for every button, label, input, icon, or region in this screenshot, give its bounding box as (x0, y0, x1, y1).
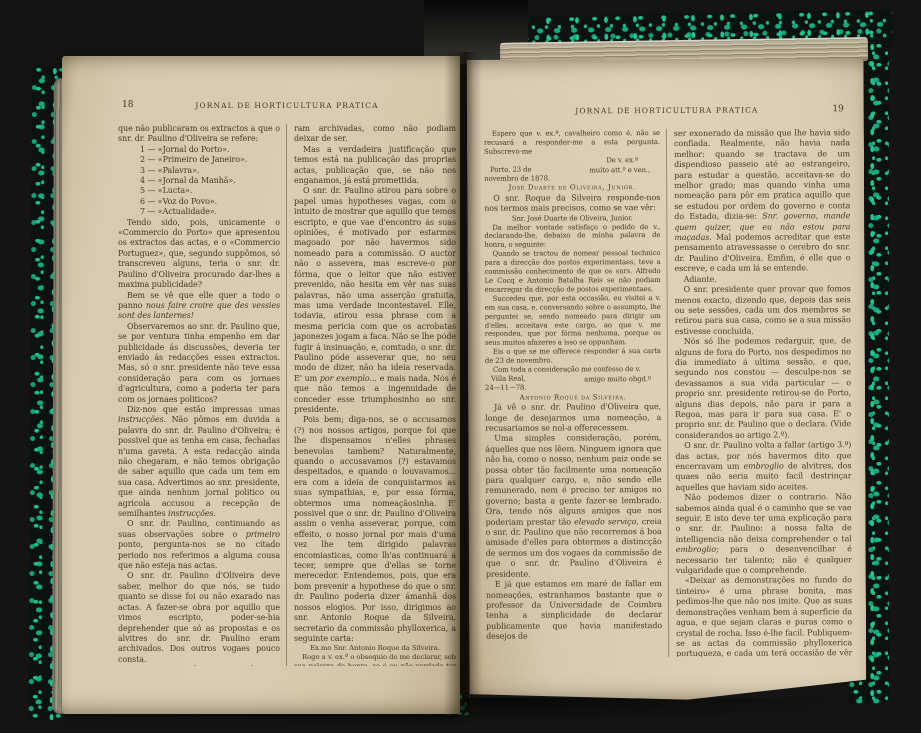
right-page: JORNAL DE HORTICULTURA PRATICA 19 Espero… (467, 58, 867, 702)
page-number: 19 (832, 104, 843, 114)
text-block: 6 — «Voz do Povo». (118, 197, 280, 207)
right-page-columns: Espero que v. ex.ª, cavalheiro como é, n… (484, 128, 852, 658)
text-block: 3 — «Palavra». (118, 166, 280, 176)
text-block: Villa Real,24—11—78.amigo muito obgd.º (485, 374, 661, 393)
text-block: Com toda a consideração me confesso de v… (485, 365, 661, 375)
text-block: O snr. presidente quer provar que fomos … (675, 284, 851, 337)
right-page-column-1: Espero que v. ex.ª, cavalheiro como é, n… (484, 129, 662, 658)
text-block: O snr. Roque da Silveira responde-nos no… (484, 193, 660, 215)
text-block: Já vê o snr. dr. Paulino d'Oliveira que,… (485, 402, 661, 434)
photo-of-open-book: { "journal": { "running_title": "JORNAL … (0, 0, 921, 733)
text-block: Uma simples consideração, porém, áquelle… (485, 433, 662, 579)
text-block: Adiante. (675, 274, 851, 285)
text-block: 1 — «Jornal do Porto». (118, 145, 280, 155)
text-block: «Deixar as demonstrações no fundo do tin… (676, 576, 852, 657)
text-block: O snr. dr. Paulino volta a fallar (artig… (675, 440, 851, 493)
right-page-printed-area: JORNAL DE HORTICULTURA PRATICA 19 Espero… (484, 104, 852, 658)
text-block: Porto, 23 denovembro de 1878.muito att.º… (484, 165, 660, 184)
left-page-columns: que não publicaram os extractos a que o … (118, 124, 456, 666)
text-block: Não podemos dizer o contrario. Não sabem… (675, 492, 851, 576)
text-block: 2 — «Primeiro de Janeiro». (118, 155, 280, 165)
text-block: 5 — «Lucta». (118, 186, 280, 196)
left-page-column-1: que não publicaram os extractos a que o … (118, 124, 280, 666)
text-block: E já que estamos em maré de fallar em no… (486, 579, 662, 642)
text-block: José Duarte de Oliveira, Junior. (484, 182, 660, 193)
left-page: 18 JORNAL DE HORTICULTURA PRATICA que nã… (62, 56, 460, 714)
text-block: Da melhor vontade satisfaço o pedido de … (484, 223, 660, 250)
text-block: O snr. dr. Paulino, continuando as suas … (118, 519, 280, 571)
text-block: Eis o que se me offerece responder á sua… (485, 347, 661, 366)
text-block: Mas a verdadeira justificação que temos … (294, 145, 456, 187)
text-block: 7 — «Actualidade». (118, 207, 280, 217)
text-block: Observaremos ao snr. dr. Paulino que, se… (118, 322, 280, 405)
text-block: De v. ex.ª (484, 156, 660, 166)
text-block: Quando se tractou de nomear pessoal tech… (484, 249, 660, 294)
text-block: Nós só lhe podemos redarguir, que, de al… (675, 336, 851, 441)
text-block: Bem se vê que elle quer a todo o panno n… (118, 291, 280, 322)
text-block: A proposito: sabemos que algumas das pro… (118, 665, 280, 666)
left-page-column-2: ram archivadas, como não podiam deixar d… (286, 124, 456, 666)
text-block: Diz-nos que estão impressas umas instruc… (118, 405, 280, 519)
running-title: JORNAL DE HORTICULTURA PRATICA (118, 101, 456, 110)
right-page-header: JORNAL DE HORTICULTURA PRATICA 19 (484, 104, 850, 119)
right-page-column-2: ser exonerado da missão que lhe havia si… (666, 128, 852, 657)
text-block: Antonio Roque da Silveira. (485, 392, 661, 403)
text-block: O snr. dr. Paulino d'Oliveira deve saber… (118, 571, 280, 665)
text-block: ser exonerado da missão que lhe havia si… (674, 128, 851, 274)
left-page-header: 18 JORNAL DE HORTICULTURA PRATICA (118, 100, 456, 113)
text-block: Pois bem; diga-nos, se o accusamos (?) n… (294, 415, 456, 644)
text-block: que não publicaram os extractos a que o … (118, 124, 280, 145)
text-block: Ex.mo Snr. Antonio Roque da Silveira. (294, 644, 456, 653)
text-block: Espero que v. ex.ª, cavalheiro como é, n… (484, 129, 660, 156)
running-title: JORNAL DE HORTICULTURA PRATICA (484, 105, 850, 116)
text-block: Tendo sido, pois, unicamente o «Commerci… (118, 218, 280, 291)
text-block: O snr. dr. Paulino atirou para sobre o p… (294, 186, 456, 415)
left-page-printed-area: 18 JORNAL DE HORTICULTURA PRATICA que nã… (118, 100, 456, 666)
text-block: Rogo a v. ex.ª o obsequio de me declarar… (294, 653, 456, 666)
text-block: Succedeu que, por esta occasião, eu visi… (485, 294, 661, 348)
text-block: ram archivadas, como não podiam deixar d… (294, 124, 456, 145)
text-block: 4 — «Jornal da Manhã». (118, 176, 280, 186)
